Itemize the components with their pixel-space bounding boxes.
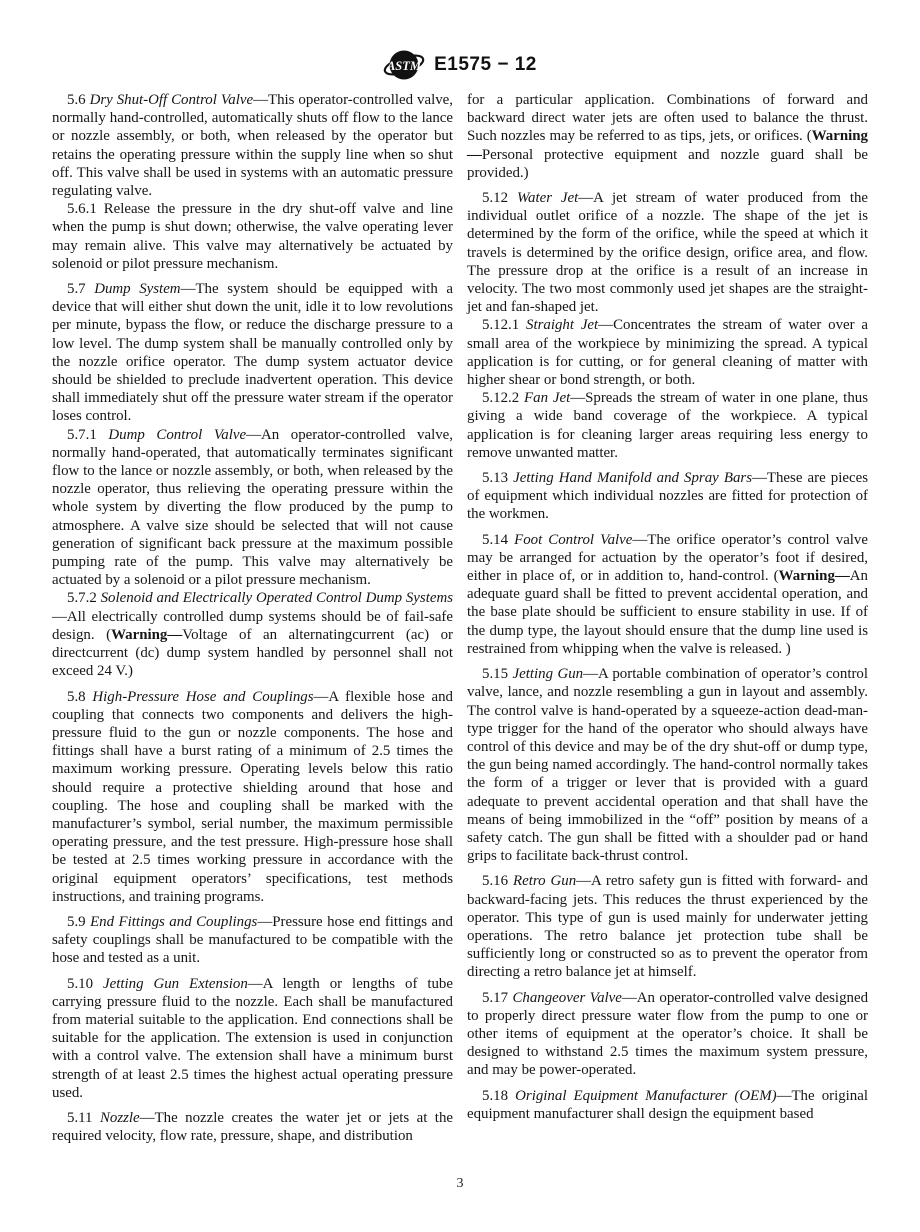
text-segment: —A flexible hose and coupling that conne… (52, 689, 453, 905)
text-segment: 5.7.1 (67, 427, 108, 443)
paragraph-5.13: 5.13 Jetting Hand Manifold and Spray Bar… (467, 469, 868, 524)
text-segment: 5.17 (482, 990, 512, 1006)
paragraph-5.16: 5.16 Retro Gun—A retro safety gun is fit… (467, 872, 868, 981)
paragraph-5.18: 5.18 Original Equipment Manufacturer (OE… (467, 1087, 868, 1123)
text-segment: Dump Control Valve (108, 427, 246, 443)
paragraph-5.7.1: 5.7.1 Dump Control Valve—An operator-con… (52, 426, 453, 590)
text-segment: 5.15 (482, 666, 513, 682)
text-segment: —This operator-controlled valve, normall… (52, 92, 453, 199)
text-segment: Warning— (111, 627, 182, 643)
paragraph-5.11-continued: for a particular application. Combinatio… (467, 91, 868, 182)
text-segment: —A portable combination of operator’s co… (467, 666, 868, 864)
paragraph-5.12.2: 5.12.2 Fan Jet—Spreads the stream of wat… (467, 389, 868, 462)
text-segment: 5.18 (482, 1088, 515, 1104)
text-segment: 5.13 (482, 470, 513, 486)
text-segment: —The system should be equipped with a de… (52, 281, 453, 424)
paragraph-5.7: 5.7 Dump System—The system should be equ… (52, 280, 453, 426)
text-segment: 5.6.1 (67, 201, 104, 217)
text-segment: 5.10 (67, 976, 103, 992)
text-segment: Nozzle (100, 1110, 140, 1126)
paragraph-5.12.1: 5.12.1 Straight Jet—Concentrates the str… (467, 316, 868, 389)
paragraph-5.11: 5.11 Nozzle—The nozzle creates the water… (52, 1109, 453, 1145)
text-segment: 5.12 (482, 190, 517, 206)
text-segment: Jetting Gun (513, 666, 584, 682)
text-segment: 5.12.1 (482, 317, 526, 333)
paragraph-5.15: 5.15 Jetting Gun—A portable combination … (467, 665, 868, 865)
paragraph-5.7.2: 5.7.2 Solenoid and Electrically Operated… (52, 589, 453, 680)
text-segment: —A retro safety gun is fitted with forwa… (467, 873, 868, 980)
paragraph-5.9: 5.9 End Fittings and Couplings—Pressure … (52, 913, 453, 968)
text-segment: 5.14 (482, 532, 514, 548)
text-segment: —An operator-controlled valve, normally … (52, 427, 453, 589)
paragraph-5.8: 5.8 High-Pressure Hose and Couplings—A f… (52, 688, 453, 906)
document-code: E1575 − 12 (434, 54, 537, 76)
text-segment: Jetting Hand Manifold and Spray Bars (513, 470, 752, 486)
text-segment: High-Pressure Hose and Couplings (92, 689, 313, 705)
text-segment: Personal protective equipment and nozzle… (467, 147, 868, 181)
text-segment: 5.11 (67, 1110, 100, 1126)
astm-logo-icon: ASTM (383, 46, 425, 84)
svg-text:ASTM: ASTM (386, 59, 422, 73)
text-segment: 5.9 (67, 914, 90, 930)
text-segment: Release the pressure in the dry shut-off… (52, 201, 453, 272)
page-header: ASTM E1575 − 12 (0, 46, 920, 84)
text-segment: Foot Control Valve (514, 532, 632, 548)
two-column-body: 5.6 Dry Shut-Off Control Valve—This oper… (52, 91, 868, 1145)
paragraph-5.12: 5.12 Water Jet—A jet stream of water pro… (467, 189, 868, 316)
text-segment: Changeover Valve (512, 990, 621, 1006)
text-segment: for a particular application. Combinatio… (467, 92, 868, 144)
text-segment: Fan Jet (524, 390, 570, 406)
text-segment: 5.6 (67, 92, 90, 108)
text-segment: 5.7 (67, 281, 94, 297)
text-segment: Straight Jet (526, 317, 598, 333)
text-segment: Jetting Gun Extension (103, 976, 248, 992)
paragraph-5.6: 5.6 Dry Shut-Off Control Valve—This oper… (52, 91, 453, 200)
text-segment: —A jet stream of water produced from the… (467, 190, 868, 315)
text-segment: 5.7.2 (67, 590, 101, 606)
text-segment: Retro Gun (513, 873, 576, 889)
paragraph-5.6.1: 5.6.1 Release the pressure in the dry sh… (52, 200, 453, 273)
paragraph-5.14: 5.14 Foot Control Valve—The orifice oper… (467, 531, 868, 658)
text-segment: Warning— (779, 568, 850, 584)
text-segment: Solenoid and Electrically Operated Contr… (101, 590, 453, 606)
text-segment: Dry Shut-Off Control Valve (90, 92, 254, 108)
text-segment: Water Jet (517, 190, 578, 206)
document-page: ASTM E1575 − 12 5.6 Dry Shut-Off Control… (0, 0, 920, 1232)
paragraph-5.10: 5.10 Jetting Gun Extension—A length or l… (52, 975, 453, 1102)
left-column: 5.6 Dry Shut-Off Control Valve—This oper… (52, 91, 453, 1145)
text-segment: —A length or lengths of tube carrying pr… (52, 976, 453, 1101)
paragraph-5.17: 5.17 Changeover Valve—An operator-contro… (467, 989, 868, 1080)
text-segment: 5.8 (67, 689, 92, 705)
right-column: for a particular application. Combinatio… (467, 91, 868, 1145)
text-segment: Dump System (94, 281, 180, 297)
text-segment: Original Equipment Manufacturer (OEM) (515, 1088, 776, 1104)
page-number: 3 (0, 1176, 920, 1192)
text-segment: 5.12.2 (482, 390, 524, 406)
text-segment: 5.16 (482, 873, 513, 889)
text-segment: End Fittings and Couplings (90, 914, 257, 930)
